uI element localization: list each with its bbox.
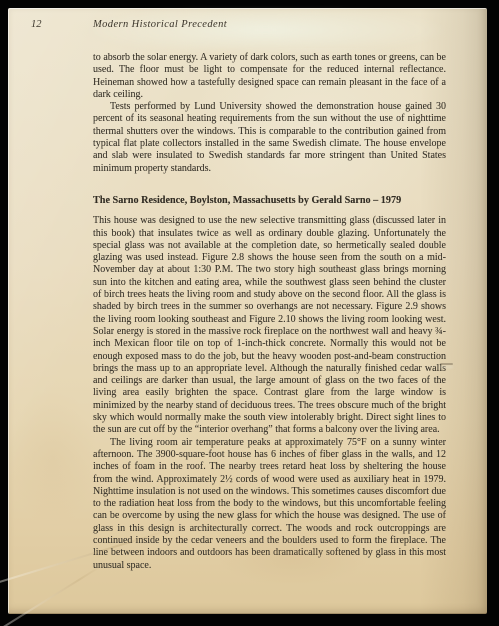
text-column: to absorb the solar energy. A variety of…	[93, 52, 446, 572]
paragraph-sarno-description: This house was designed to use the new s…	[93, 215, 446, 436]
section-heading: The Sarno Residence, Boylston, Massachus…	[93, 195, 446, 207]
scan-surround: { "page": { "number": "12", "running_hea…	[0, 0, 499, 626]
paragraph-continuation: to absorb the solar energy. A variety of…	[93, 52, 446, 101]
book-page: 12 Modern Historical Precedent to absorb…	[8, 8, 487, 614]
running-header-row: 12 Modern Historical Precedent	[8, 19, 487, 35]
paragraph-lund-tests: Tests performed by Lund University showe…	[93, 101, 446, 175]
page-number: 12	[31, 19, 42, 30]
paragraph-sarno-performance: The living room air temperature peaks at…	[93, 437, 446, 572]
paper-crease	[2, 563, 105, 626]
paper-stain	[8, 388, 98, 528]
running-header-title: Modern Historical Precedent	[93, 19, 227, 30]
